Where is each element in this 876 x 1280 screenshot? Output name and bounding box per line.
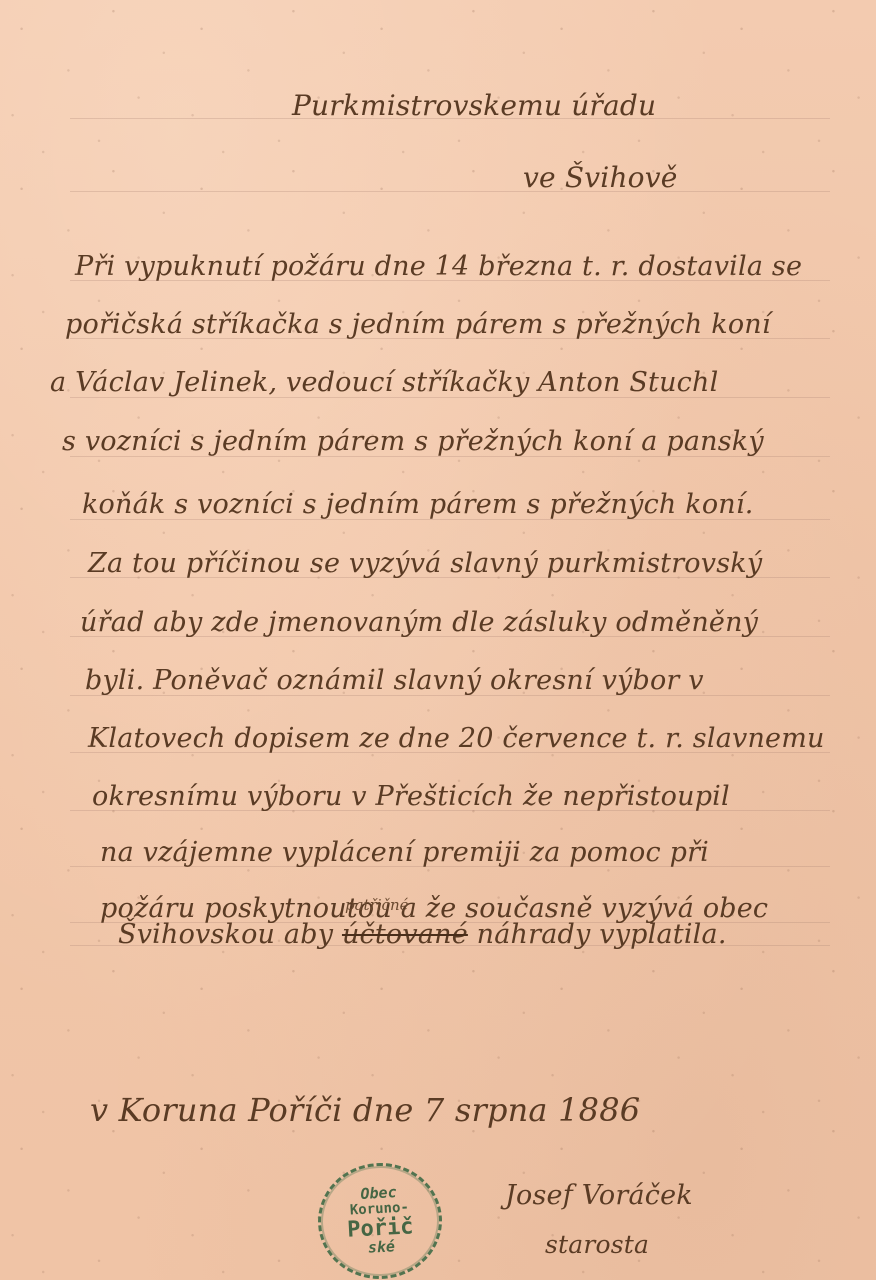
body-last-line: Švihovskou aby účtované náhrady vyplatil…	[118, 918, 727, 952]
inserted-word: patřičné	[345, 896, 408, 914]
body-line: a Václav Jelinek, vedoucí stříkačky Anto…	[50, 366, 718, 400]
stamp-text-line: ské	[367, 1239, 395, 1256]
body-line: úřad aby zde jmenovaným dle zásluky odmě…	[80, 606, 758, 640]
body-line: Klatovech dopisem ze dne 20 července t. …	[88, 722, 825, 756]
place-date-line: v Koruna Poříči dne 7 srpna 1886	[90, 1090, 640, 1130]
last-line-end: náhrady vyplatila.	[468, 919, 727, 950]
body-line: s vozníci s jedním párem s přežných koní…	[62, 425, 764, 459]
signature-title: starosta	[545, 1230, 649, 1259]
body-line: Při vypuknutí požáru dne 14 března t. r.…	[75, 250, 802, 284]
body-line: Za tou příčinou se vyzývá slavný purkmis…	[88, 547, 762, 581]
last-line-start: Švihovskou aby	[118, 919, 342, 950]
body-line: na vzájemne vyplácení premiji za pomoc p…	[100, 836, 709, 870]
struck-word: účtované	[342, 919, 468, 950]
signature-name: Josef Voráček	[505, 1180, 693, 1211]
municipal-stamp: Obec Koruno- Pořič ské	[315, 1160, 445, 1280]
paper-texture	[0, 0, 876, 1280]
letter-page: Purkmistrovskemu úřadu ve Švihově Při vy…	[0, 0, 876, 1280]
body-line: pořičská stříkačka s jedním párem s přež…	[65, 308, 771, 342]
addressee-line-1: Purkmistrovskemu úřadu	[292, 88, 656, 124]
body-line: okresnímu výboru v Přešticích že nepřist…	[92, 780, 730, 814]
addressee-line-2: ve Švihově	[523, 160, 678, 196]
ruled-line	[70, 191, 830, 192]
body-line: byli. Poněvač oznámil slavný okresní výb…	[85, 664, 704, 698]
body-line: koňák s vozníci s jedním párem s přežnýc…	[82, 488, 754, 522]
